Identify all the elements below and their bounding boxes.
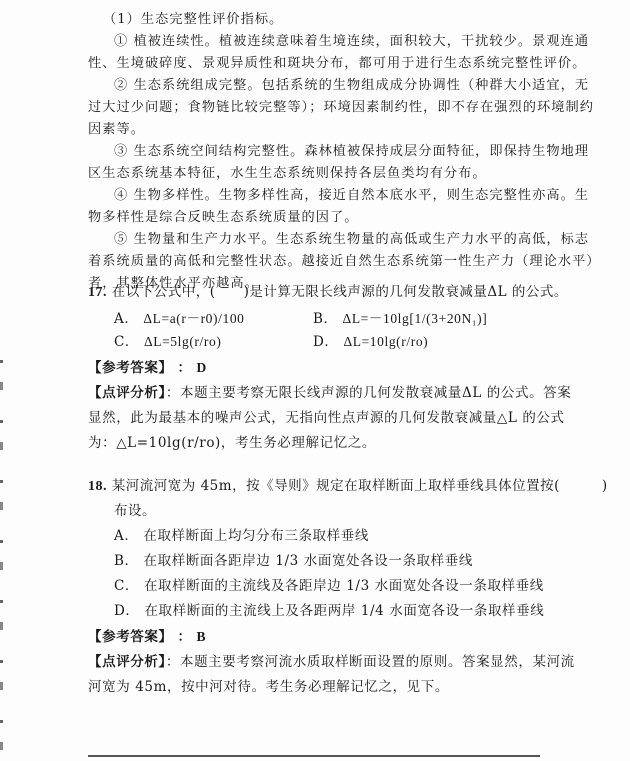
option-b: B． ΔL=－10lg[1/(3+20N₁)]: [313, 311, 487, 327]
answer-value: B: [197, 629, 207, 644]
option-label: A．: [114, 311, 138, 327]
option-text: ΔL=－10lg[1/(3+20N₁)]: [343, 311, 488, 326]
option-b: B． 在取样断面各距岸边 1/3 水面宽处各设一条取样垂线: [114, 553, 473, 569]
option-c: C． ΔL=5lg(r/ro): [114, 334, 221, 350]
analysis-label: 【点评分析】: [88, 385, 166, 401]
question-text: 某河流河宽为 45m，按《导则》规定在取样断面上取样垂线具体位置按( ): [112, 478, 608, 494]
analysis-label: 【点评分析】: [88, 654, 166, 670]
option-text: 在取样断面上均匀分布三条取样垂线: [143, 528, 369, 544]
option-label: C．: [114, 334, 139, 350]
paragraph-line: 区生态系统基本特征，水生生态系统则保持各层鱼类均有分布。: [88, 166, 487, 182]
answer-17: 【参考答案】 ： D: [88, 360, 207, 376]
question-number: 17.: [88, 285, 107, 300]
paragraph-line: ③ 生态系统空间结构完整性。森林植被保持成层分面特征，即保持生物地理: [114, 144, 589, 160]
section-heading: （1）生态完整性评价指标。: [103, 12, 283, 28]
option-c: C． 在取样断面的主流线及各距岸边 1/3 水面宽处各设一条取样垂线: [114, 578, 544, 594]
paragraph-line: ④ 生物多样性。生物多样性高，接近自然本底水平，则生态完整性亦高。生: [114, 188, 589, 204]
option-text: 在取样断面的主流线及各距岸边 1/3 水面宽处各设一条取样垂线: [144, 578, 544, 594]
paragraph-line: 因素等。: [88, 122, 145, 138]
option-label: A．: [114, 528, 138, 544]
analysis-text: 本题主要考察河流水质取样断面设置的原则。答案显然，某河流: [180, 654, 575, 670]
paragraph-line: 物多样性是综合反映生态系统质量的因了。: [88, 210, 359, 226]
option-text: ΔL=10lg(r/ro): [343, 334, 428, 349]
analysis-text: 本题主要考察无限长线声源的几何发散衰减量ΔL 的公式。答案: [180, 385, 571, 401]
option-a: A． ΔL=a(r－r0)/100: [114, 311, 245, 327]
answer-18: 【参考答案】 ： B: [88, 629, 206, 645]
analysis-separator: ：: [166, 654, 180, 670]
option-label: C．: [114, 578, 139, 594]
question-text: 在以下公式中，( )是计算无限长线声源的几何发散衰减量ΔL 的公式。: [112, 284, 568, 300]
option-text: ΔL=a(r－r0)/100: [143, 311, 244, 326]
document-page: （1）生态完整性评价指标。 ① 植被连续性。植被连续意味着生境连续，面积较大，干…: [0, 0, 630, 761]
analysis-18-line: 【点评分析】：本题主要考察河流水质取样断面设置的原则。答案显然，某河流: [88, 654, 575, 670]
option-label: D．: [114, 603, 140, 619]
analysis-17-line: 显然，此为最基本的噪声公式，无指向性点声源的几何发散衰减量△L 的公式: [88, 410, 565, 426]
option-d: D． ΔL=10lg(r/ro): [313, 334, 428, 350]
option-d: D． 在取样断面的主流线上及各距两岸 1/4 水面宽各设一条取样垂线: [114, 603, 544, 619]
paragraph-line: 着系统质量的高低和完整性状态。越接近自然生态系统第一性生产力（理论水平）: [88, 254, 601, 270]
analysis-18-line: 河宽为 45m，按中河对待。考生务必理解记忆之，见下。: [88, 679, 449, 695]
option-text: 在取样断面的主流线上及各距两岸 1/4 水面宽各设一条取样垂线: [144, 603, 544, 619]
question-18-stem: 18. 某河流河宽为 45m，按《导则》规定在取样断面上取样垂线具体位置按( ): [88, 478, 608, 495]
paragraph-line: ⑤ 生物量和生产力水平。生态系统生物量的高低或生产力水平的高低，标志: [114, 232, 589, 248]
answer-value: D: [197, 360, 207, 375]
scan-edge-shadow: [0, 360, 3, 760]
option-text: 在取样断面各距岸边 1/3 水面宽处各设一条取样垂线: [144, 553, 473, 569]
option-text: ΔL=5lg(r/ro): [144, 334, 221, 349]
option-label: B．: [114, 553, 139, 569]
answer-label: 【参考答案】: [88, 360, 173, 376]
paragraph-line: ① 植被连续性。植被连续意味着生境连续，面积较大，干扰较少。景观连通: [114, 34, 589, 50]
question-18-stem-cont: 布设。: [114, 503, 156, 519]
analysis-separator: ：: [166, 385, 180, 401]
paragraph-line: 性、生境破碎度、景观异质性和斑块分布，都可用于进行生态系统完整性评价。: [88, 56, 586, 72]
option-label: B．: [313, 311, 338, 327]
answer-separator: ：: [178, 629, 192, 644]
analysis-17-line: 【点评分析】：本题主要考察无限长线声源的几何发散衰减量ΔL 的公式。答案: [88, 385, 571, 401]
question-17-stem: 17. 在以下公式中，( )是计算无限长线声源的几何发散衰减量ΔL 的公式。: [88, 284, 568, 301]
analysis-17-line: 为：△L=10lg(r/ro)，考生务必理解记忆之。: [88, 435, 376, 451]
paragraph-line: 过大过少问题；食物链比较完整等）；环境因素制约性，即不存在强烈的环境制约: [88, 100, 594, 116]
answer-label: 【参考答案】: [88, 629, 173, 645]
question-number: 18.: [88, 479, 107, 494]
option-a: A． 在取样断面上均匀分布三条取样垂线: [114, 528, 369, 544]
footer-divider: [88, 755, 540, 757]
option-label: D．: [313, 334, 339, 350]
answer-separator: ：: [178, 360, 192, 375]
paragraph-line: ② 生态系统组成完整。包括系统的生物组成成分协调性（种群大小适宜，无: [114, 78, 589, 94]
